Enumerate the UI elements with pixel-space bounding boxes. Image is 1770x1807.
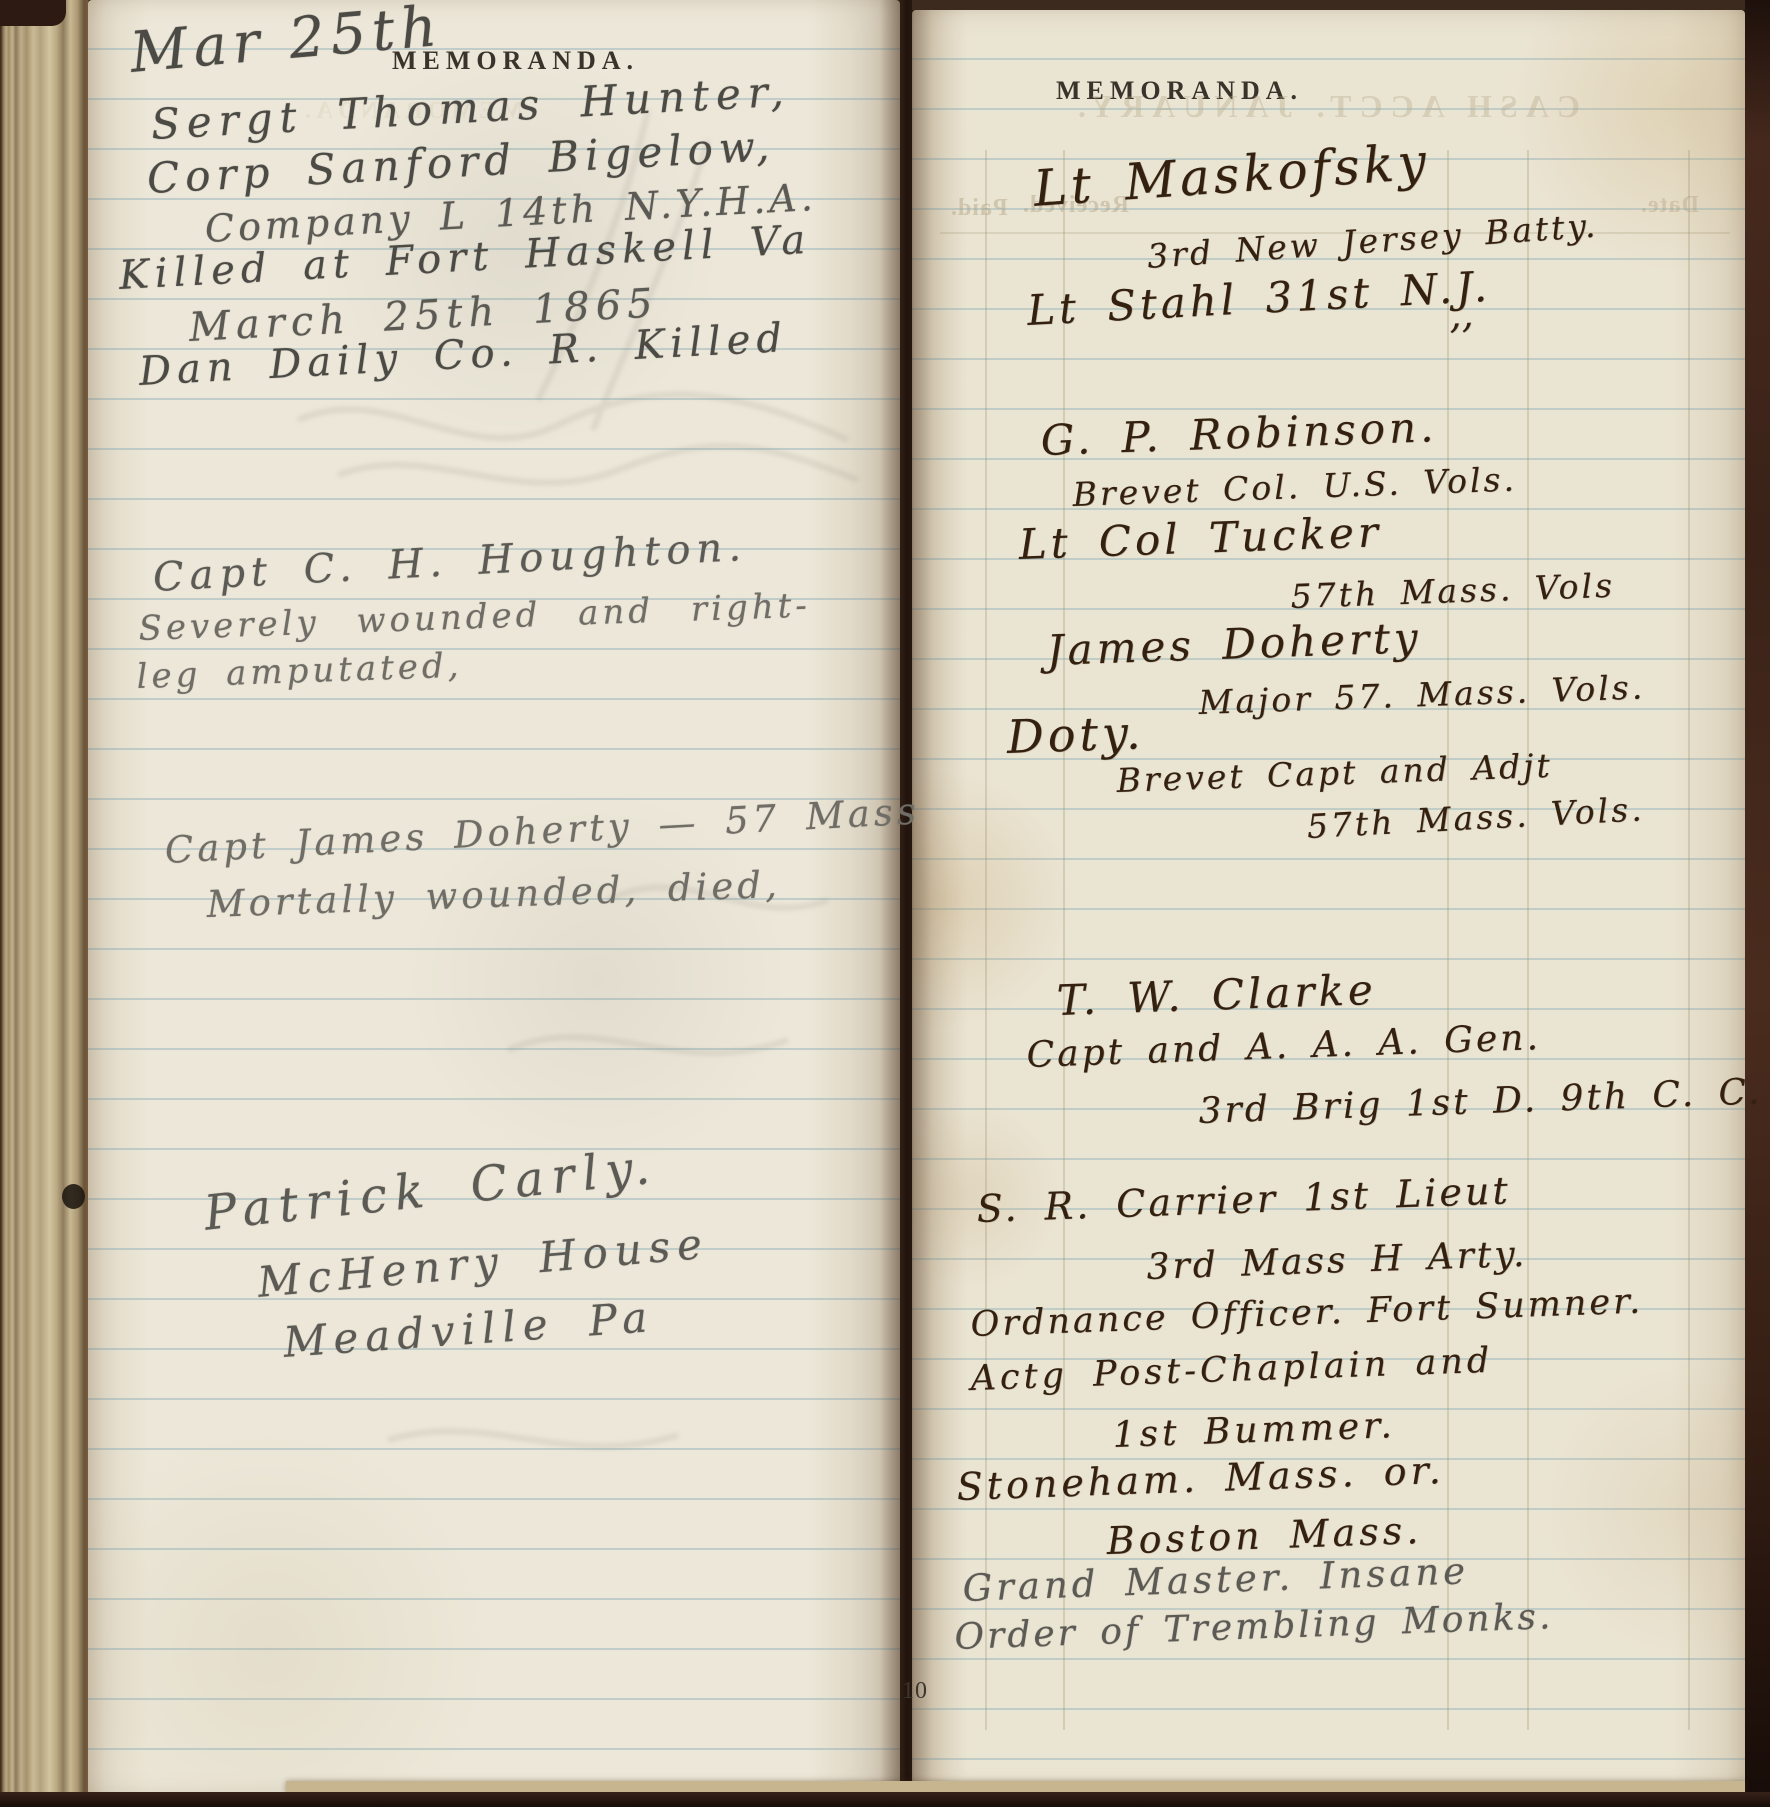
cover-corner-top-left [0,0,66,26]
binding-gutter [880,0,932,1807]
cover-edge-bottom [0,1792,1770,1807]
bleed-column-line [1688,150,1690,1730]
cover-edge-right [1745,0,1770,1807]
handwritten-line: leg amputated, [136,649,463,694]
cover-edge-top [912,0,1770,10]
bleed-col-paid: Paid. [950,195,1008,222]
bleed-col-date: Date. [1640,192,1699,219]
handwritten-line: 57th Mass. Vols [1290,569,1615,613]
diary-scan: Mar 25th MEMORANDA. MEMORANDA. Sergt Tho… [0,0,1770,1807]
bleed-title-cash-account: CASH ACCT. JANUARY. [955,88,1695,125]
bleed-column-line [1447,150,1449,1730]
hole-punch-dot [62,1184,85,1209]
bleed-column-line [1527,150,1529,1730]
ditto-mark: ,, [1448,295,1474,334]
handwritten-line: James Doherty [1046,617,1422,672]
page-number: 10 [902,1678,928,1705]
left-page-header: MEMORANDA. [392,46,639,76]
page-edges-left [0,0,88,1807]
handwritten-line: Lt Col Tucker [1018,511,1383,566]
handwritten-line: 1st Bummer. [1112,1408,1396,1454]
handwritten-line: T. W. Clarke [1056,969,1377,1022]
handwritten-line: Doty. [1006,709,1145,760]
